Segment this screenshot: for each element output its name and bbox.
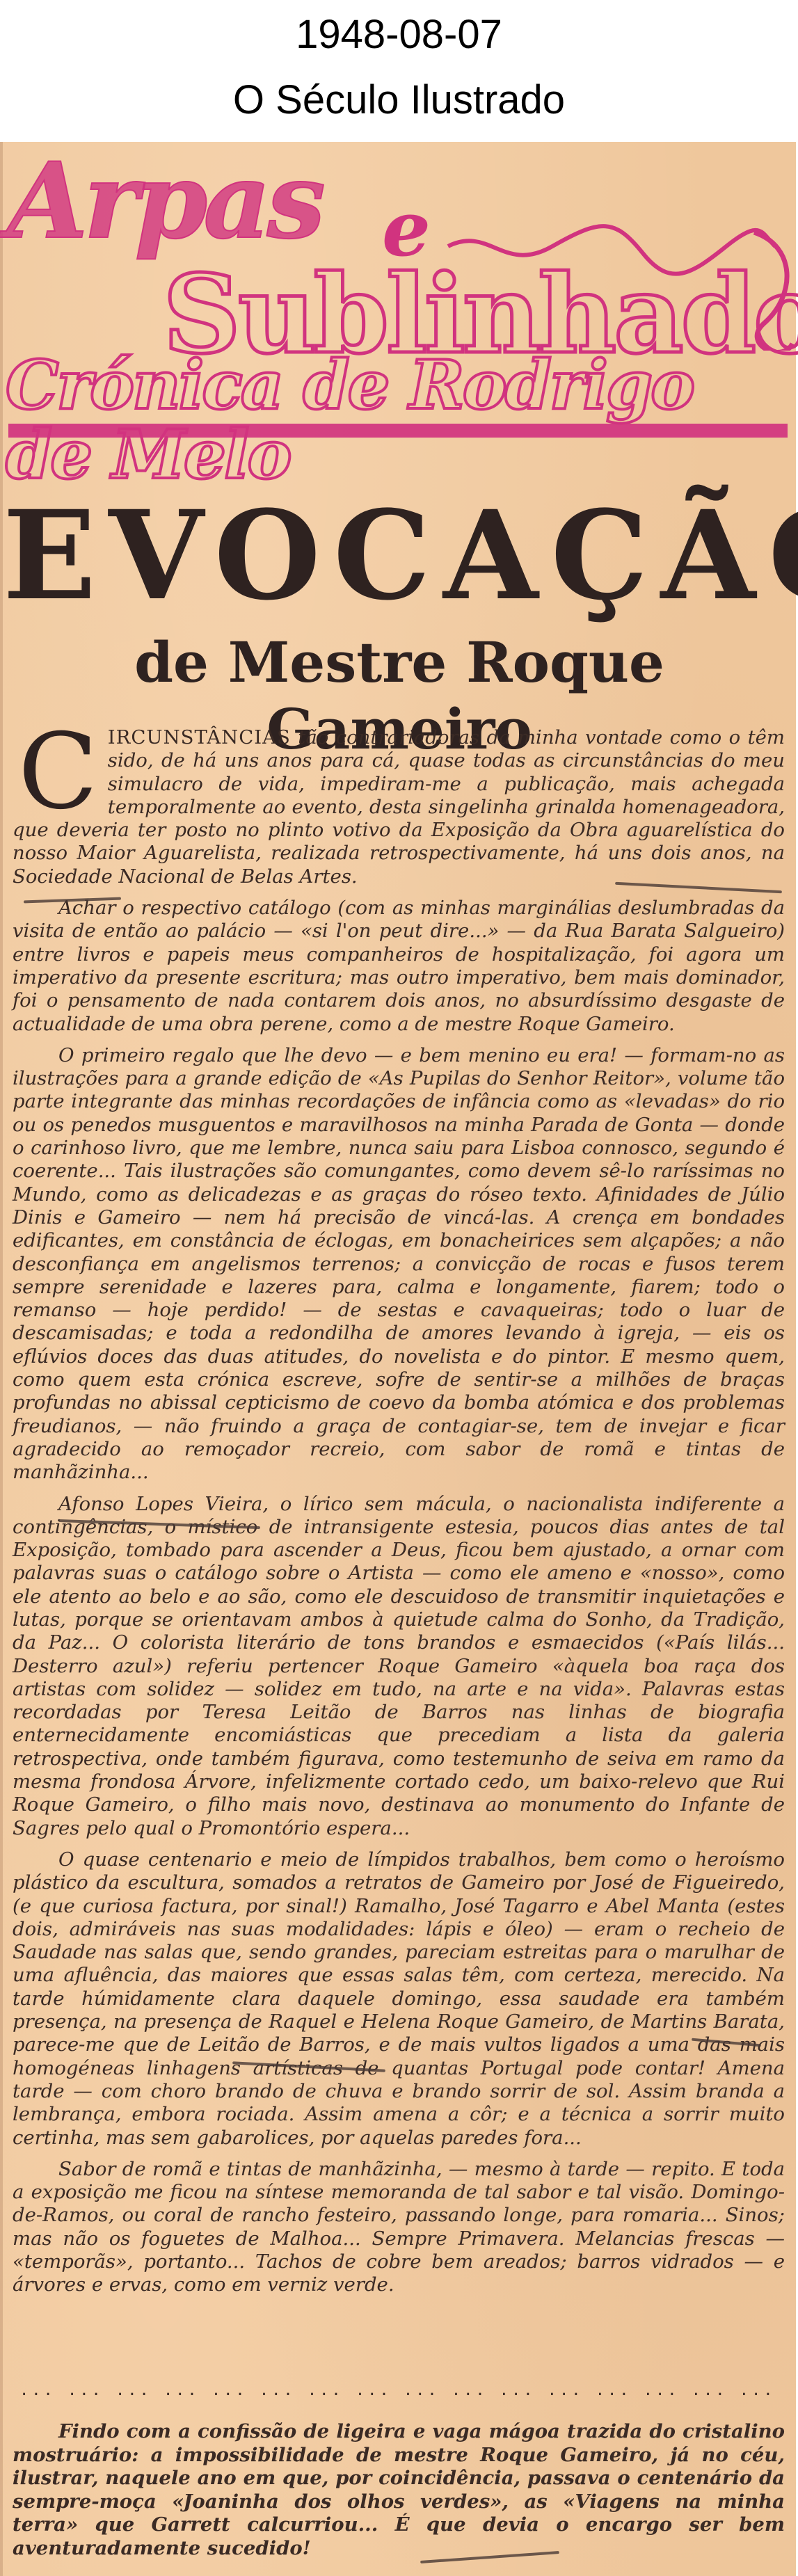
newspaper-clipping: Arpas e Sublinhados Crónica de Rodrigo d…	[0, 142, 796, 2576]
masthead-byline: Crónica de Rodrigo de Melo	[6, 351, 796, 490]
masthead-rule	[8, 424, 788, 438]
column-masthead: Arpas e Sublinhados Crónica de Rodrigo d…	[3, 142, 796, 441]
lead-caps: IRCUNSTÂNCIAS	[108, 726, 291, 749]
paragraph-5: O quase centenario e meio de límpidos tr…	[13, 1848, 785, 2150]
article-body: CIRCUNSTÂNCIAS tão contrariadoras da min…	[13, 726, 785, 2305]
paragraph-3: O primeiro regalo que lhe devo — e bem m…	[13, 1044, 785, 1485]
article-title: EVOCAÇÃO	[3, 490, 796, 622]
paragraph-6: Sabor de romã e tintas de manhãzinha, — …	[13, 2158, 785, 2297]
section-separator: ... ... ... ... ... ... ... ... ... ... …	[19, 2382, 778, 2399]
publication-name: O Século Ilustrado	[0, 78, 798, 122]
paragraph-1-text: tão contrariadoras da minha vontade como…	[13, 726, 785, 888]
paragraph-2: Achar o respectivo catálogo (com as minh…	[13, 897, 785, 1036]
drop-cap: C	[18, 730, 98, 814]
clipping-date: 1948-08-07	[0, 13, 798, 57]
paragraph-1: CIRCUNSTÂNCIAS tão contrariadoras da min…	[13, 726, 785, 888]
paragraph-4: Afonso Lopes Vieira, o lírico sem mácula…	[13, 1493, 785, 1840]
closing-text: Findo com a confissão de ligeira e vaga …	[13, 2420, 785, 2560]
closing-paragraph: Findo com a confissão de ligeira e vaga …	[13, 2420, 785, 2560]
